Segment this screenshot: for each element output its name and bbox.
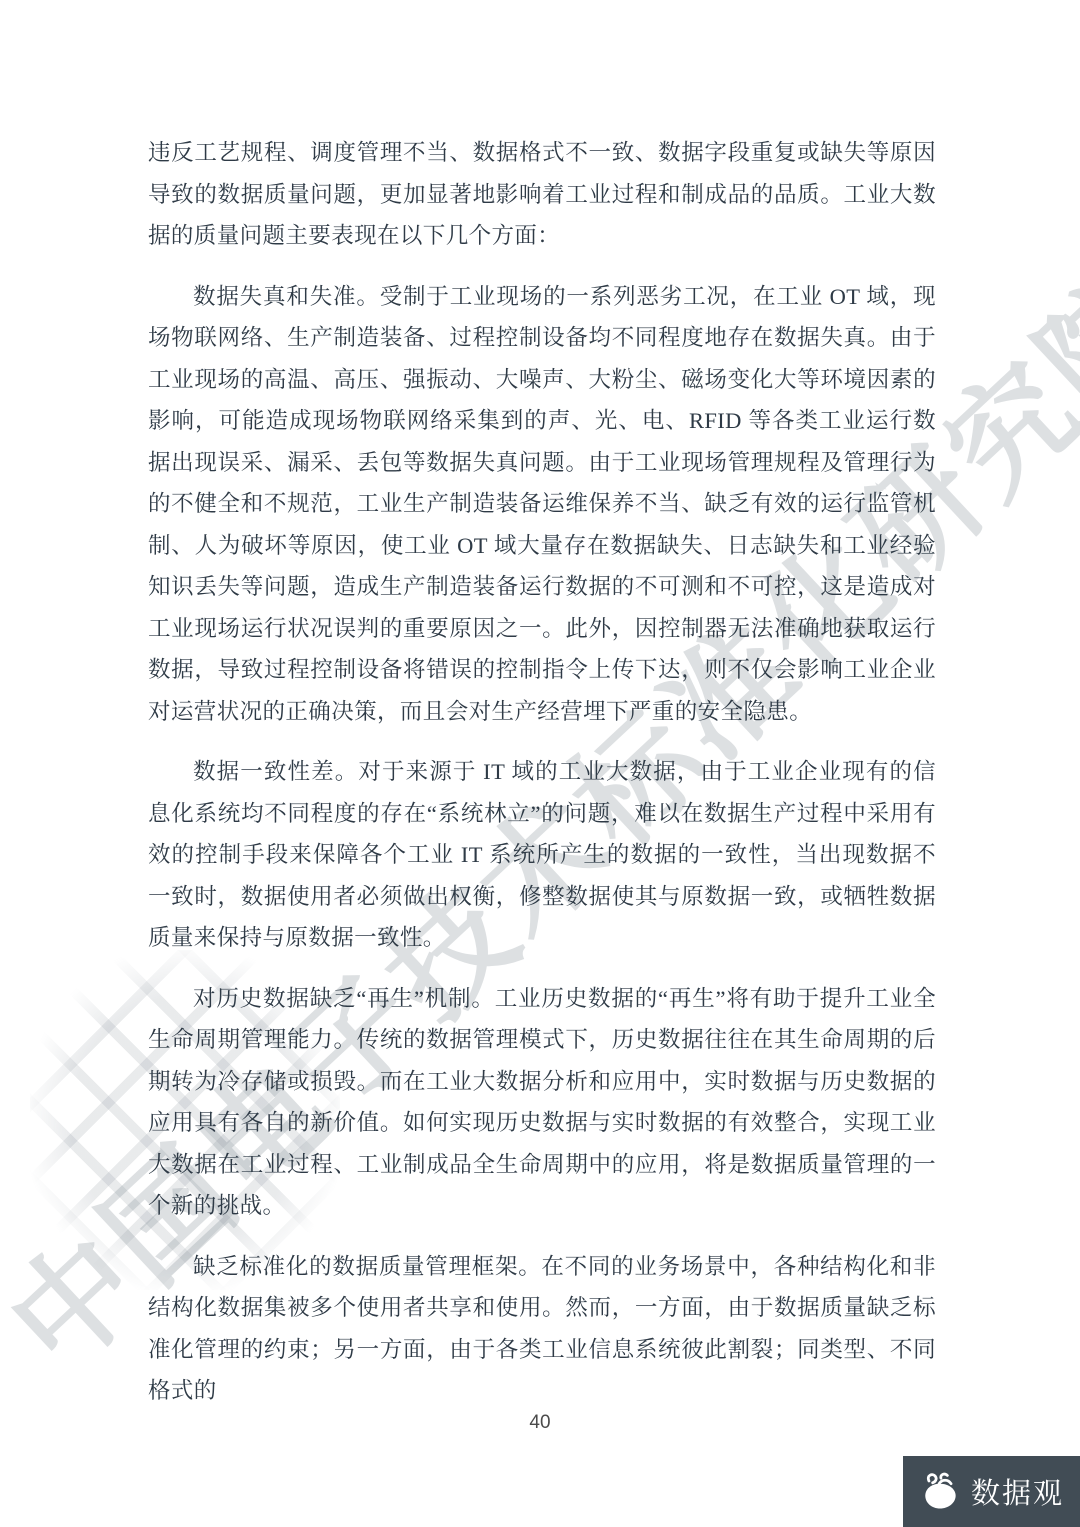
paragraph: 数据失真和失准。受制于工业现场的一系列恶劣工况，在工业 OT 域，现场物联网络、…	[148, 276, 936, 733]
paragraph: 对历史数据缺乏“再生”机制。工业历史数据的“再生”将有助于提升工业全生命周期管理…	[148, 978, 936, 1227]
page-number: 40	[0, 1412, 1080, 1434]
paragraph: 违反工艺规程、调度管理不当、数据格式不一致、数据字段重复或缺失等原因导致的数据质…	[148, 132, 936, 257]
document-page: 中国电子技术标准化研究院 违反工艺规程、调度管理不当、数据格式不一致、数据字段重…	[0, 0, 1080, 1527]
document-body: 违反工艺规程、调度管理不当、数据格式不一致、数据字段重复或缺失等原因导致的数据质…	[148, 132, 936, 1412]
paragraph: 缺乏标准化的数据质量管理框架。在不同的业务场景中，各种结构化和非结构化数据集被多…	[148, 1246, 936, 1412]
swan-logo-icon	[917, 1472, 963, 1512]
brand-badge: 数据观	[903, 1456, 1080, 1527]
paragraph: 数据一致性差。对于来源于 IT 域的工业大数据，由于工业企业现有的信息化系统均不…	[148, 751, 936, 959]
brand-label: 数据观	[971, 1471, 1064, 1512]
